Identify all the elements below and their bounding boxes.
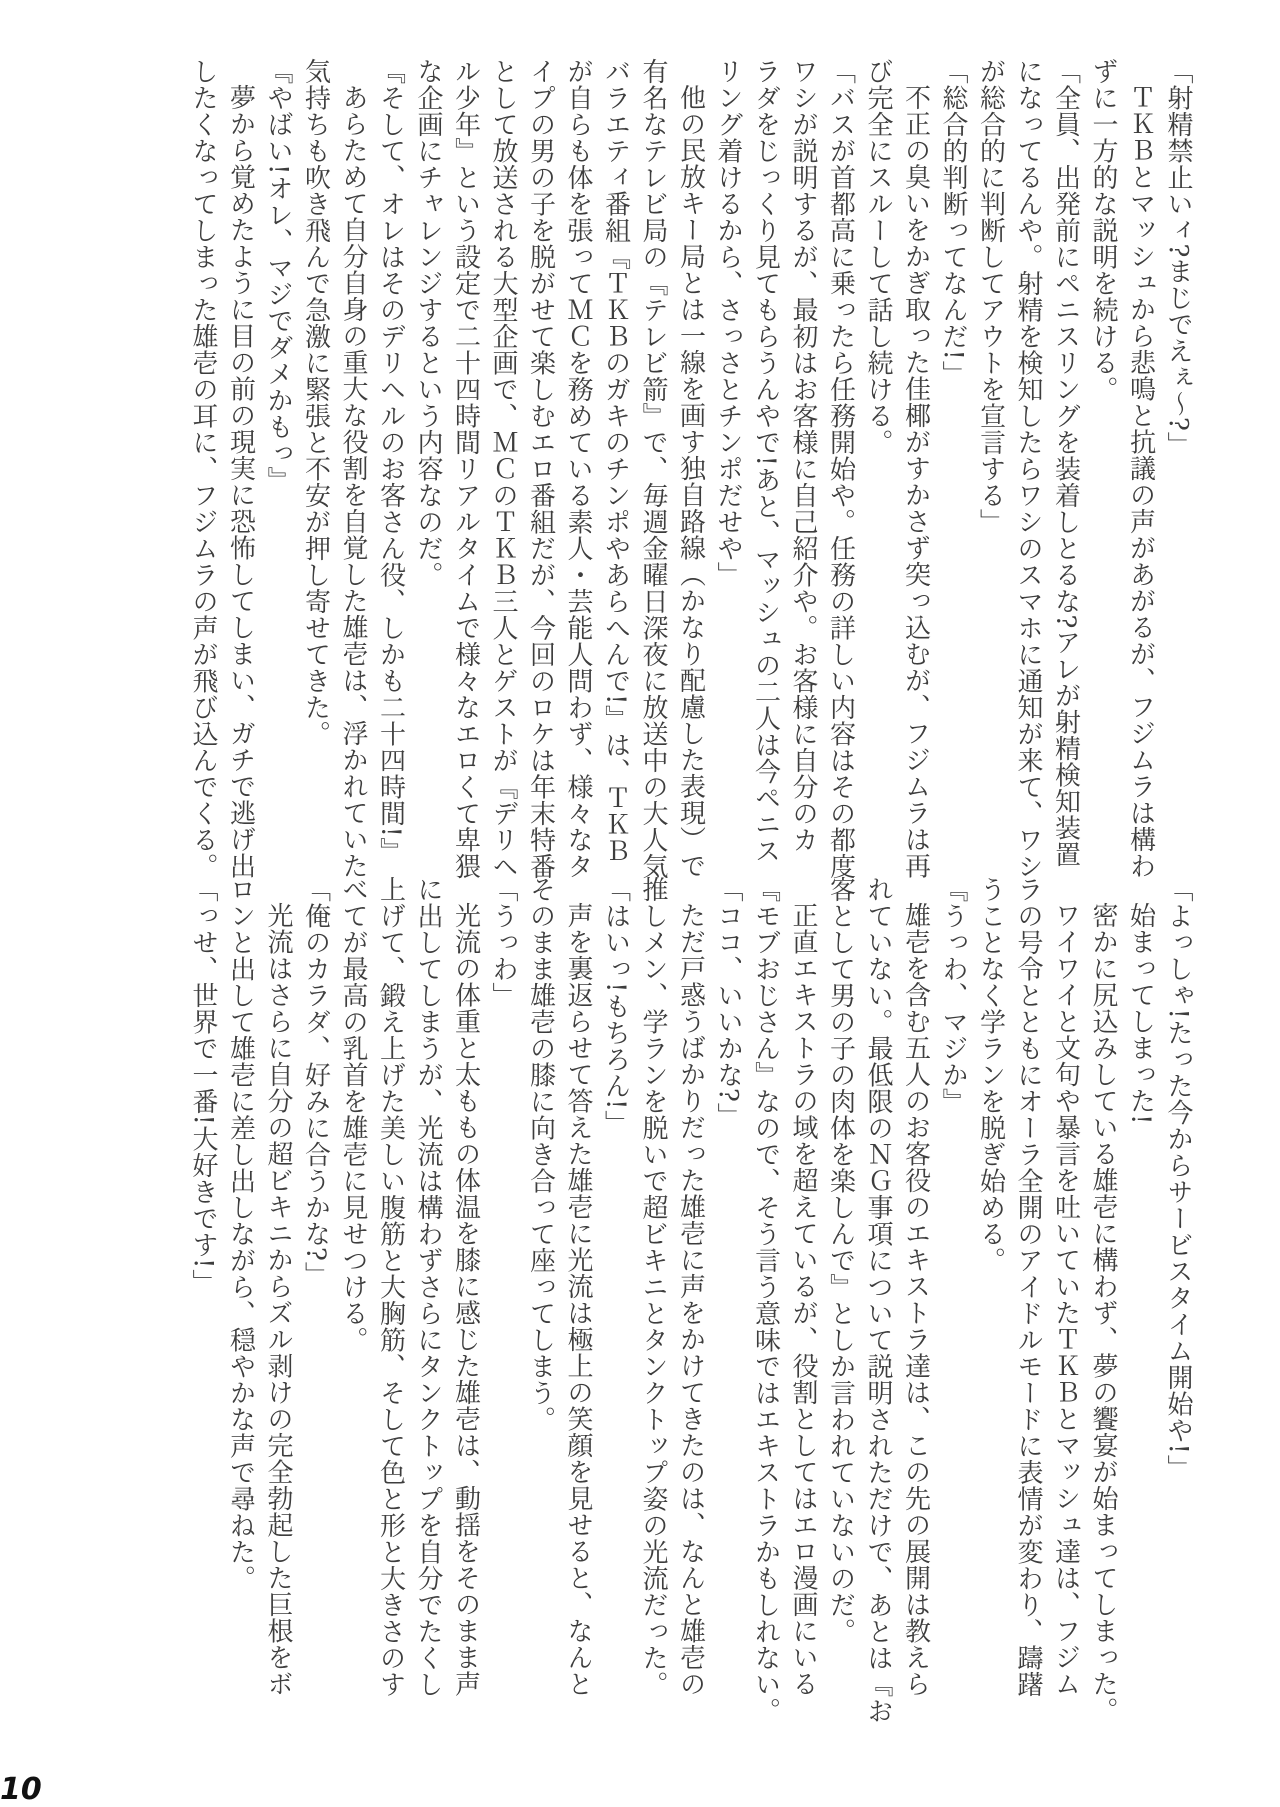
text-line: 「射精禁止いィ?まじでえぇ〜?」 [1159,58,1197,920]
text-line: そのまま雄壱の膝に向き合って座ってしまう。 [521,876,559,1756]
text-line: 密かに尻込みしている雄壱に構わず、夢の饗宴が始まってしまった。 [1084,876,1122,1756]
text-line: 「バスが首都高に乗ったら任務開始や。任務の詳しい内容はその都度 [821,58,859,920]
text-line: 気持ちも吹き飛んで急激に緊張と不安が押し寄せてきた。 [296,58,334,920]
text-line: として放送される大型企画で、ＭＣのＴＫＢ三人とゲストが『デリヘ [484,58,522,920]
text-line: ワシが説明するが、最初はお客様に自己紹介や。お客様に自分のカ [784,58,822,920]
text-line: 客として男の子の肉体を楽しんで』としか言われていないのだ。 [821,876,859,1756]
text-line: 声を裏返らせて答えた雄壱に光流は極上の笑顔を見せると、なんと [559,876,597,1756]
text-line: バラエティ番組『ＴＫＢのガキのチンポやあらへんで!』は、ＴＫＢ [596,58,634,920]
text-line: 「ココ、いいかな?」 [709,876,747,1756]
text-line: あらためて自分自身の重大な役割を自覚した雄壱は、浮かれていた [334,58,372,920]
text-line: 「全員、出発前にペニスリングを装着しとるな?アレが射精検知装置 [1046,58,1084,920]
text-line: 「っせ、世界で一番!大好きです!」 [184,876,222,1756]
text-line: ただ戸惑うばかりだった雄壱に声をかけてきたのは、なんと雄壱の [671,876,709,1756]
text-line: 「総合的判断ってなんだ!」 [934,58,972,920]
text-line: 『やばい!オレ、マジでダメかもっ』 [259,58,297,920]
vertical-text-block-top: 「射精禁止いィ?まじでえぇ〜?」ＴＫＢとマッシュから悲鳴と抗議の声があがるが、フ… [184,58,1197,920]
text-line: ずに一方的な説明を続ける。 [1084,58,1122,920]
novel-page: 「射精禁止いィ?まじでえぇ〜?」ＴＫＢとマッシュから悲鳴と抗議の声があがるが、フ… [0,0,1280,1807]
text-line: 「俺のカラダ、好みに合うかな?」 [296,876,334,1756]
text-line: に出してしまうが、光流は構わずさらにタンクトップを自分でたくし [409,876,447,1756]
text-line: ロンと出して雄壱に差し出しながら、穏やかな声で尋ねた。 [221,876,259,1756]
text-line: 雄壱を含む五人のお客役のエキストラ達は、この先の展開は教えら [896,876,934,1756]
text-line: び完全にスルーして話し続ける。 [859,58,897,920]
text-line: 「うっわ」 [484,876,522,1756]
text-line: 上げて、鍛え上げた美しい腹筋と大胸筋、そして色と形と大きさのす [371,876,409,1756]
text-line: ル少年』という設定で二十四時間リアルタイムで様々なエロくて卑猥 [446,58,484,920]
text-line: ラの号令とともにオーラ全開のアイドルモードに表情が変わり、躊躇 [1009,876,1047,1756]
text-line: 『モブおじさん』なので、そう言う意味ではエキストラかもしれない。 [746,876,784,1756]
text-line: 光流の体重と太ももの体温を膝に感じた雄壱は、動揺をそのまま声 [446,876,484,1756]
text-line: になってるんや。射精を検知したらワシのスマホに通知が来て、ワシ [1009,58,1047,920]
text-line: リング着けるから、さっさとチンポだせや」 [709,58,747,920]
text-line: 始まってしまった! [1121,876,1159,1756]
text-line: 推しメン、学ランを脱いで超ビキニとタンクトップ姿の光流だった。 [634,876,672,1756]
text-line: 他の民放キー局とは一線を画す独自路線（かなり配慮した表現）で [671,58,709,920]
text-line: 有名なテレビ局の『テレビ箭』で、毎週金曜日深夜に放送中の大人気 [634,58,672,920]
text-line: 『うっわ、マジか』 [934,876,972,1756]
text-line: うことなく学ランを脱ぎ始める。 [971,876,1009,1756]
text-line: 不正の臭いをかぎ取った佳椰がすかさず突っ込むが、フジムラは再 [896,58,934,920]
text-line: べてが最高の乳首を雄壱に見せつける。 [334,876,372,1756]
text-line: したくなってしまった雄壱の耳に、フジムラの声が飛び込んでくる。 [184,58,222,920]
text-line: 光流はさらに自分の超ビキニからズル剥けの完全勃起した巨根をボ [259,876,297,1756]
text-line: れていない。最低限のＮＧ事項について説明されただけで、あとは『お [859,876,897,1756]
text-line: 「よっしゃ!たった今からサービスタイム開始や!」 [1159,876,1197,1756]
text-line: が総合的に判断してアウトを宣言する」 [971,58,1009,920]
text-line: イプの男の子を脱がせて楽しむエロ番組だが、今回のロケは年末特番 [521,58,559,920]
text-line: 『そして、オレはそのデリヘルのお客さん役、しかも二十四時間!』 [371,58,409,920]
text-line: ラダをじっくり見てもらうんやで!あと、マッシュの二人は今ペニス [746,58,784,920]
text-line: 正直エキストラの域を超えているが、役割としてはエロ漫画にいる [784,876,822,1756]
page-number: 10 [0,1772,42,1807]
text-line: 夢から覚めたように目の前の現実に恐怖してしまい、ガチで逃げ出 [221,58,259,920]
text-line: ワイワイと文句や暴言を吐いていたＴＫＢとマッシュ達は、フジム [1046,876,1084,1756]
text-line: な企画にチャレンジするという内容なのだ。 [409,58,447,920]
vertical-text-block-bottom: 「よっしゃ!たった今からサービスタイム開始や!」始まってしまった!密かに尻込みし… [184,876,1197,1756]
text-line: ＴＫＢとマッシュから悲鳴と抗議の声があがるが、フジムラは構わ [1121,58,1159,920]
text-line: 「はいっ!もちろん!」 [596,876,634,1756]
text-line: が自らも体を張ってＭＣを務めている素人・芸能人問わず、様々なタ [559,58,597,920]
